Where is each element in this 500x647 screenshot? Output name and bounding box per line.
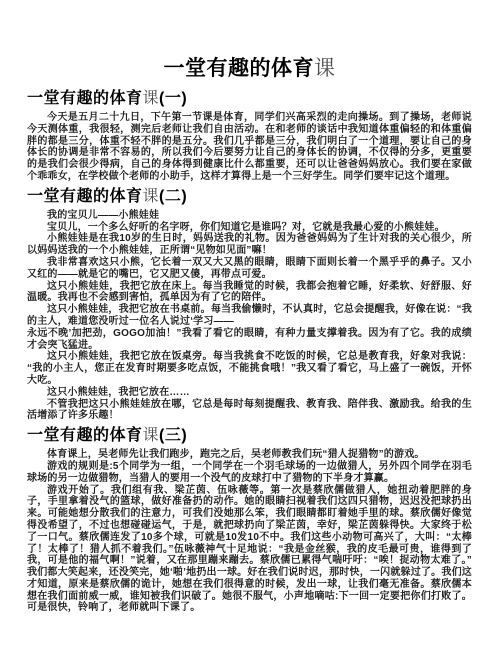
section-1-heading: 一堂有趣的体育课(一) <box>27 89 472 109</box>
section-3-paragraph: 游戏开始了。我们组有我、梁芷茵、伍咏薇等。第一次是蔡欣儒做猎人，她扭动着肥胖的身… <box>27 485 472 615</box>
section-2-paragraph: 这只小熊娃娃，我把它放在饭桌旁。每当我挑食不吃饭的时候，它总是教育我，好象对我说… <box>27 351 472 386</box>
section-2-paragraph: 我非常喜欢这只小熊，它长着一双又大又黑的眼睛，眼睛下面则长着一个黑乎乎的鼻子。又… <box>27 257 472 281</box>
page-title-light: 课 <box>314 57 336 80</box>
section-2-paragraph: 不管我把这只小熊娃娃放在哪，它总是每时每刻提醒我、教育我、陪伴我、激励我。给我的… <box>27 399 472 423</box>
section-2-paragraph: 我的宝贝儿——小熊娃娃 <box>27 210 472 222</box>
section-2-paragraph: 小熊娃娃是在我10岁的生日时，妈妈送我的礼物。因为爸爸妈妈为了生计对我的关心很少… <box>27 233 472 257</box>
section-2-heading-light: 课 <box>143 188 160 205</box>
section-2-heading-suffix: (二) <box>159 188 187 205</box>
page-title-main: 一堂有趣的体育 <box>164 57 315 80</box>
section-1: 一堂有趣的体育课(一) 今天是五月二十九日，下午第一节课是体育，同学们兴高采烈的… <box>27 89 472 183</box>
section-3: 一堂有趣的体育课(三) 体育课上，吴老师先让我们跑步，跑完之后，吴老师教我们玩“… <box>27 426 472 614</box>
section-3-heading-suffix: (三) <box>159 427 187 444</box>
section-2-paragraph: 这只小熊娃娃，我把它放在书桌前。每当我偷懒时，不认真时，它总会提醒我，好像在说：… <box>27 304 472 351</box>
section-3-heading-main: 一堂有趣的体育 <box>27 427 143 444</box>
section-2-heading-main: 一堂有趣的体育 <box>27 188 143 205</box>
section-1-heading-main: 一堂有趣的体育 <box>27 90 143 107</box>
section-3-paragraph: 游戏的规则是:5个同学为一组，一个同学在一个羽毛球场的一边做猎人，另外四个同学在… <box>27 461 472 485</box>
section-1-heading-light: 课 <box>143 90 160 107</box>
section-2-paragraph: 宝贝儿，一个多么好听的名字呀，你们知道它是谁吗？对，它就是我最心爱的小熊娃娃。 <box>27 222 472 234</box>
section-3-paragraph: 体育课上，吴老师先让我们跑步，跑完之后，吴老师教我们玩“猎人捉猎物”的游戏。 <box>27 449 472 461</box>
document-page: 一堂有趣的体育课 一堂有趣的体育课(一) 今天是五月二十九日，下午第一节课是体育… <box>0 0 500 647</box>
section-2-paragraph: 这只小熊娃娃，我把它放在…… <box>27 387 472 399</box>
section-2-paragraph: 这只小熊娃娃，我把它放在床上。每当我睡觉的时候，我都会抱着它睡，好柔软、好舒服、… <box>27 281 472 305</box>
section-2: 一堂有趣的体育课(二) 我的宝贝儿——小熊娃娃 宝贝儿，一个多么好听的名字呀，你… <box>27 187 472 422</box>
page-title: 一堂有趣的体育课 <box>27 56 472 82</box>
section-1-paragraph: 今天是五月二十九日，下午第一节课是体育，同学们兴高采烈的走向操场。到了操场，老师… <box>27 112 472 183</box>
section-3-heading: 一堂有趣的体育课(三) <box>27 426 472 446</box>
section-2-heading: 一堂有趣的体育课(二) <box>27 187 472 207</box>
section-1-heading-suffix: (一) <box>159 90 187 107</box>
section-3-heading-light: 课 <box>143 427 160 444</box>
